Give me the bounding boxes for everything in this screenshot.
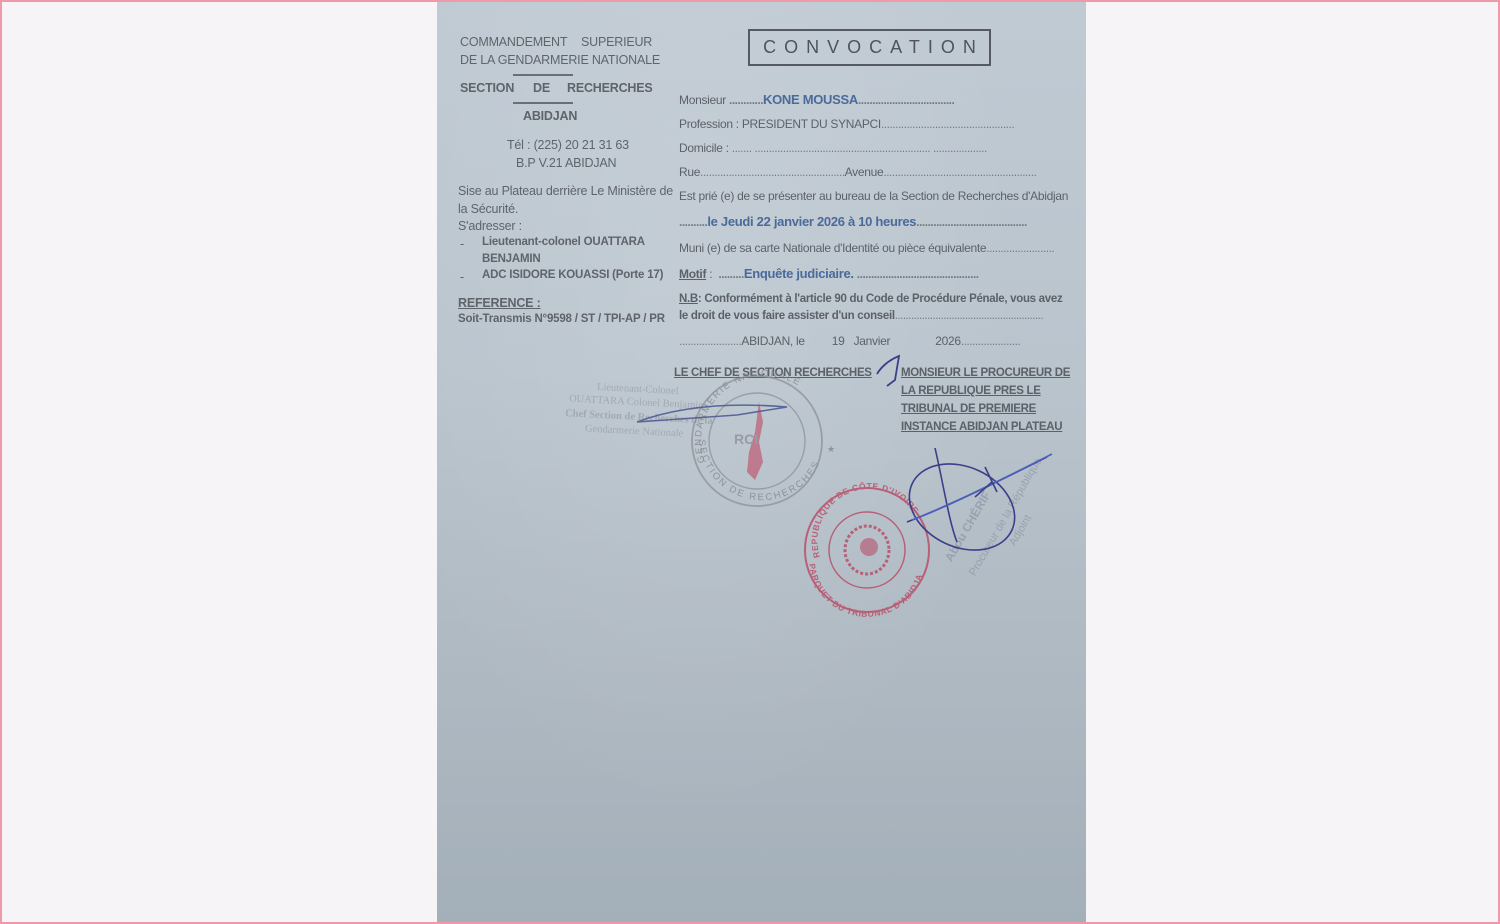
stamps-and-signatures: GENDARMERIE NATIONALE SECTION DE RECHERC… <box>437 2 1086 922</box>
signature-tick <box>877 356 899 386</box>
svg-text:RCI: RCI <box>734 431 758 447</box>
svg-text:PARQUET DU TRIBUNAL D'ABIDJAN: PARQUET DU TRIBUNAL D'ABIDJAN <box>437 2 925 619</box>
svg-text:★: ★ <box>827 444 835 454</box>
document-photo: COMMANDEMENT SUPERIEUR DE LA GENDARMERIE… <box>437 2 1086 922</box>
parquet-stamp: REPUBLIQUE DE CÔTE D'IVOIRE PARQUET DU T… <box>437 2 929 619</box>
gendarmerie-stamp: GENDARMERIE NATIONALE SECTION DE RECHERC… <box>692 368 835 506</box>
